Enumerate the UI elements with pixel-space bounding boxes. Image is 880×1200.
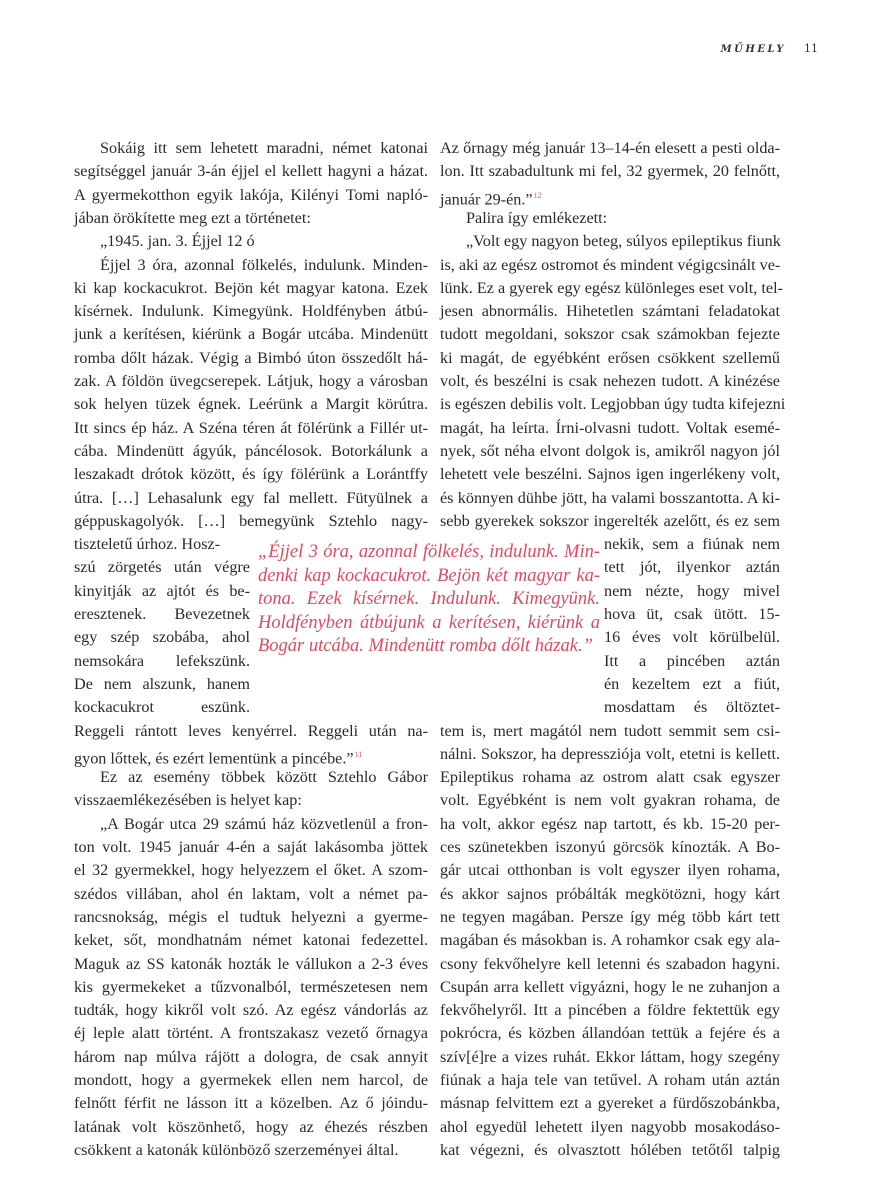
section-title: MŰHELY xyxy=(721,44,786,55)
text-line: szédos villában, ahol én laktam, volt a … xyxy=(74,883,428,906)
text-line: „A Bogár utca 29 számú ház közvetlenül a… xyxy=(100,813,428,836)
text-line: el 32 gyermekkel, hogy helyezzem el őket… xyxy=(74,859,428,882)
text-line: kockacukrot eszünk. xyxy=(74,696,250,719)
text-line: lehetett vele beszélni. Sajnos igen inge… xyxy=(440,463,780,486)
text-line: volt, és beszélni is csak nehezen tudott… xyxy=(440,370,780,393)
text-line: Éjjel 3 óra, azonnal fölkelés, indulunk.… xyxy=(100,254,428,277)
text-line: jában örökítette meg ezt a történetet: xyxy=(74,207,428,230)
footnote-marker[interactable]: 11 xyxy=(355,750,363,759)
text-line: sok helyen tüzek égnek. Leérünk a Margit… xyxy=(74,393,428,416)
text-line: magában és másokban is. A rohamkor csak … xyxy=(440,929,780,952)
text-line: eresztenek. Bevezetnek xyxy=(74,603,250,626)
text-line: nálni. Sokszor, ha depressziója volt, et… xyxy=(440,743,780,766)
text-line: szív[é]re a vizes ruhát. Ekkor láttam, h… xyxy=(440,1046,780,1069)
text-line: A gyermekotthon egyik lakója, Kilényi To… xyxy=(74,184,428,207)
text-line: latának volt köszönhető, hogy az éhezés … xyxy=(74,1116,428,1139)
text-line: nekik, sem a fiúnak nem xyxy=(604,533,780,556)
text-line: „1945. jan. 3. Éjjel 12 ó xyxy=(100,230,428,253)
text-line: három nap múlva rájött a dologra, de csa… xyxy=(74,1046,428,1069)
text-line: éj leple alatt történt. A frontszakasz v… xyxy=(74,1022,428,1045)
text-line: fekvőhelyről. Itt a pincében a földre fe… xyxy=(440,999,780,1022)
text-line: lon. Itt szabadultunk mi fel, 32 gyermek… xyxy=(440,160,780,183)
text-line: Sokáig itt sem lehetett maradni, német k… xyxy=(100,137,428,160)
text-line: Maguk az SS katonák hozták le vállukon a… xyxy=(74,953,428,976)
text-line: tem is, mert magától nem tudott semmit s… xyxy=(440,720,780,743)
text-line: De nem alszunk, hanem xyxy=(74,673,250,696)
text-line: én kezeltem ezt a fiút, xyxy=(604,673,780,696)
text-line: Csupán arra kellett vigyázni, hogy le ne… xyxy=(440,976,780,999)
text-line: egy szép szobába, ahol xyxy=(74,626,250,649)
text-line: Ez az esemény többek között Sztehlo Gábo… xyxy=(100,766,428,789)
text-line: sebb gyerekek sokszor ingerelték azelőtt… xyxy=(440,510,780,533)
pull-quote-line: „Éjjel 3 óra, azonnal fölkelés, indulunk… xyxy=(258,541,600,565)
text-line: junk a kerítésen, kiérünk a Bogár utcába… xyxy=(74,323,428,346)
text-line: lünk. Ez a gyerek egy egész különleges e… xyxy=(440,277,780,300)
pull-quote-line: Bogár utcába. Mindenütt romba dőlt házak… xyxy=(258,635,600,659)
text-line: pokrócra, és közben állandóan tettük a f… xyxy=(440,1022,780,1045)
text-line: ahol egyedül lehetett ilyen nagyobb mosa… xyxy=(440,1116,780,1139)
text-line: kísérnek. Indulunk. Kimegyünk. Holdfényb… xyxy=(74,300,428,323)
text-line: fiúnak a haja tele van tetűvel. A roham … xyxy=(440,1069,780,1092)
text-line: Epileptikus rohama az ostrom alatt csak … xyxy=(440,766,780,789)
text-line: ton volt. 1945 január 4-én a saját lakás… xyxy=(74,836,428,859)
text-line: magát, ha leírta. Írni-olvasni tudott. V… xyxy=(440,417,780,440)
text-line: 16 éves volt körülbelül. xyxy=(604,626,780,649)
text-line: visszaemlékezésében is helyet kap: xyxy=(74,789,428,812)
text-line: leszakadt drótok között, és így fölérünk… xyxy=(74,463,428,486)
pull-quote-line: denki kap kockacukrot. Bejön két magyar … xyxy=(258,565,600,589)
text-line: és könnyen dühbe jött, ha valami bosszan… xyxy=(440,487,780,510)
text-line: csökkent a katonák különböző szerzeménye… xyxy=(74,1139,428,1162)
text-line: ki kap kockacukrot. Bejön két magyar kat… xyxy=(74,277,428,300)
text-line: másnap felvittem ezt a gyereket a fürdős… xyxy=(440,1092,780,1115)
text-line: cába. Mindenütt ágyúk, páncélosok. Botor… xyxy=(74,440,428,463)
text-line: csony fekvőhelyre kell letenni és szabad… xyxy=(440,953,780,976)
text-line: nemsokára lefekszünk. xyxy=(74,650,250,673)
text-line: jesen abnormális. Hihetetlen számtani fe… xyxy=(440,300,780,323)
text-line: Reggeli rántott leves kenyérrel. Reggeli… xyxy=(74,720,428,743)
text-line: ne tegyen magában. Persze így még több k… xyxy=(440,906,780,929)
text-line: „Volt egy nagyon beteg, súlyos epileptik… xyxy=(466,230,780,253)
text-line: kis gyermekeket a tűzvonalból, természet… xyxy=(74,976,428,999)
text-line: géppuskagolyók. […] bemegyünk Sztehlo na… xyxy=(74,510,428,533)
page-number: 11 xyxy=(804,42,818,55)
footnote-marker[interactable]: 12 xyxy=(534,191,542,200)
text-line: tiszteletű úrhoz. Hosz- xyxy=(74,533,250,556)
text-line: mosdattam és öltöztet- xyxy=(604,696,780,719)
text-line: szú zörgetés után végre xyxy=(74,556,250,579)
text-line: romba dőlt házak. Végig a Bimbó úton öss… xyxy=(74,347,428,370)
text-line: tett jót, ilyenkor aztán xyxy=(604,556,780,579)
text-line: útra. […] Lehasalunk egy fal mellett. Fü… xyxy=(74,487,428,510)
text-line: és akkor sajnos próbálták megkötözni, ho… xyxy=(440,883,780,906)
text-line: ha volt, akkor egész nap tartott, és kb.… xyxy=(440,813,780,836)
text-line: kat végezni, és olvasztott hólében tetőt… xyxy=(440,1139,780,1162)
text-line: is egészen debilis volt. Legjobban úgy t… xyxy=(440,393,780,416)
text-line: zak. A földön üvegcserepek. Látjuk, hogy… xyxy=(74,370,428,393)
pull-quote-line: tona. Ezek kísérnek. Indulunk. Kimegyünk… xyxy=(258,588,600,612)
text-line: Palira így emlékezett: xyxy=(466,207,780,230)
pull-quote: „Éjjel 3 óra, azonnal fölkelés, indulunk… xyxy=(258,541,600,659)
text-line: keket, sőt, mondhatnám német katonai fed… xyxy=(74,929,428,952)
text-line: rancsnokság, mégis el tudtuk helyezni a … xyxy=(74,906,428,929)
text-line: felnőtt férfit ne lásson itt a közelben.… xyxy=(74,1092,428,1115)
text-line: ki magát, de egyébként erősen csökkent s… xyxy=(440,347,780,370)
text-line: kinyitják az ajtót és be- xyxy=(74,580,250,603)
text-line: mondott, hogy a gyermekek ellen nem harc… xyxy=(74,1069,428,1092)
text-line: is, aki az egész ostromot és mindent vég… xyxy=(440,254,780,277)
text-line: nem nézte, hogy mivel xyxy=(604,580,780,603)
text-line: volt. Egyébként is nem volt gyakran roha… xyxy=(440,789,780,812)
text-line: tudták, hogy kikről volt szó. Az egész v… xyxy=(74,999,428,1022)
text-line: hova üt, csak ütött. 15- xyxy=(604,603,780,626)
running-header: MŰHELY 11 xyxy=(721,42,818,55)
text-line: gár utcai otthonban is volt egyszer ilye… xyxy=(440,859,780,882)
text-line: Az őrnagy még január 13–14-én elesett a … xyxy=(440,137,780,160)
text-line: ces szünetekben iszonyú görcsök kínozták… xyxy=(440,836,780,859)
text-line: nyek, sőt néha elvont dolgok is, amikről… xyxy=(440,440,780,463)
text-line: segítséggel január 3-án éjjel el kellett… xyxy=(74,160,428,183)
text-line: Itt sincs ép ház. A Széna téren át fölér… xyxy=(74,417,428,440)
text-line: Itt a pincében aztán xyxy=(604,650,780,673)
text-line: tudott megoldani, sokszor csak számokban… xyxy=(440,323,780,346)
pull-quote-line: Holdfényben átbújunk a kerítésen, kiérün… xyxy=(258,612,600,636)
